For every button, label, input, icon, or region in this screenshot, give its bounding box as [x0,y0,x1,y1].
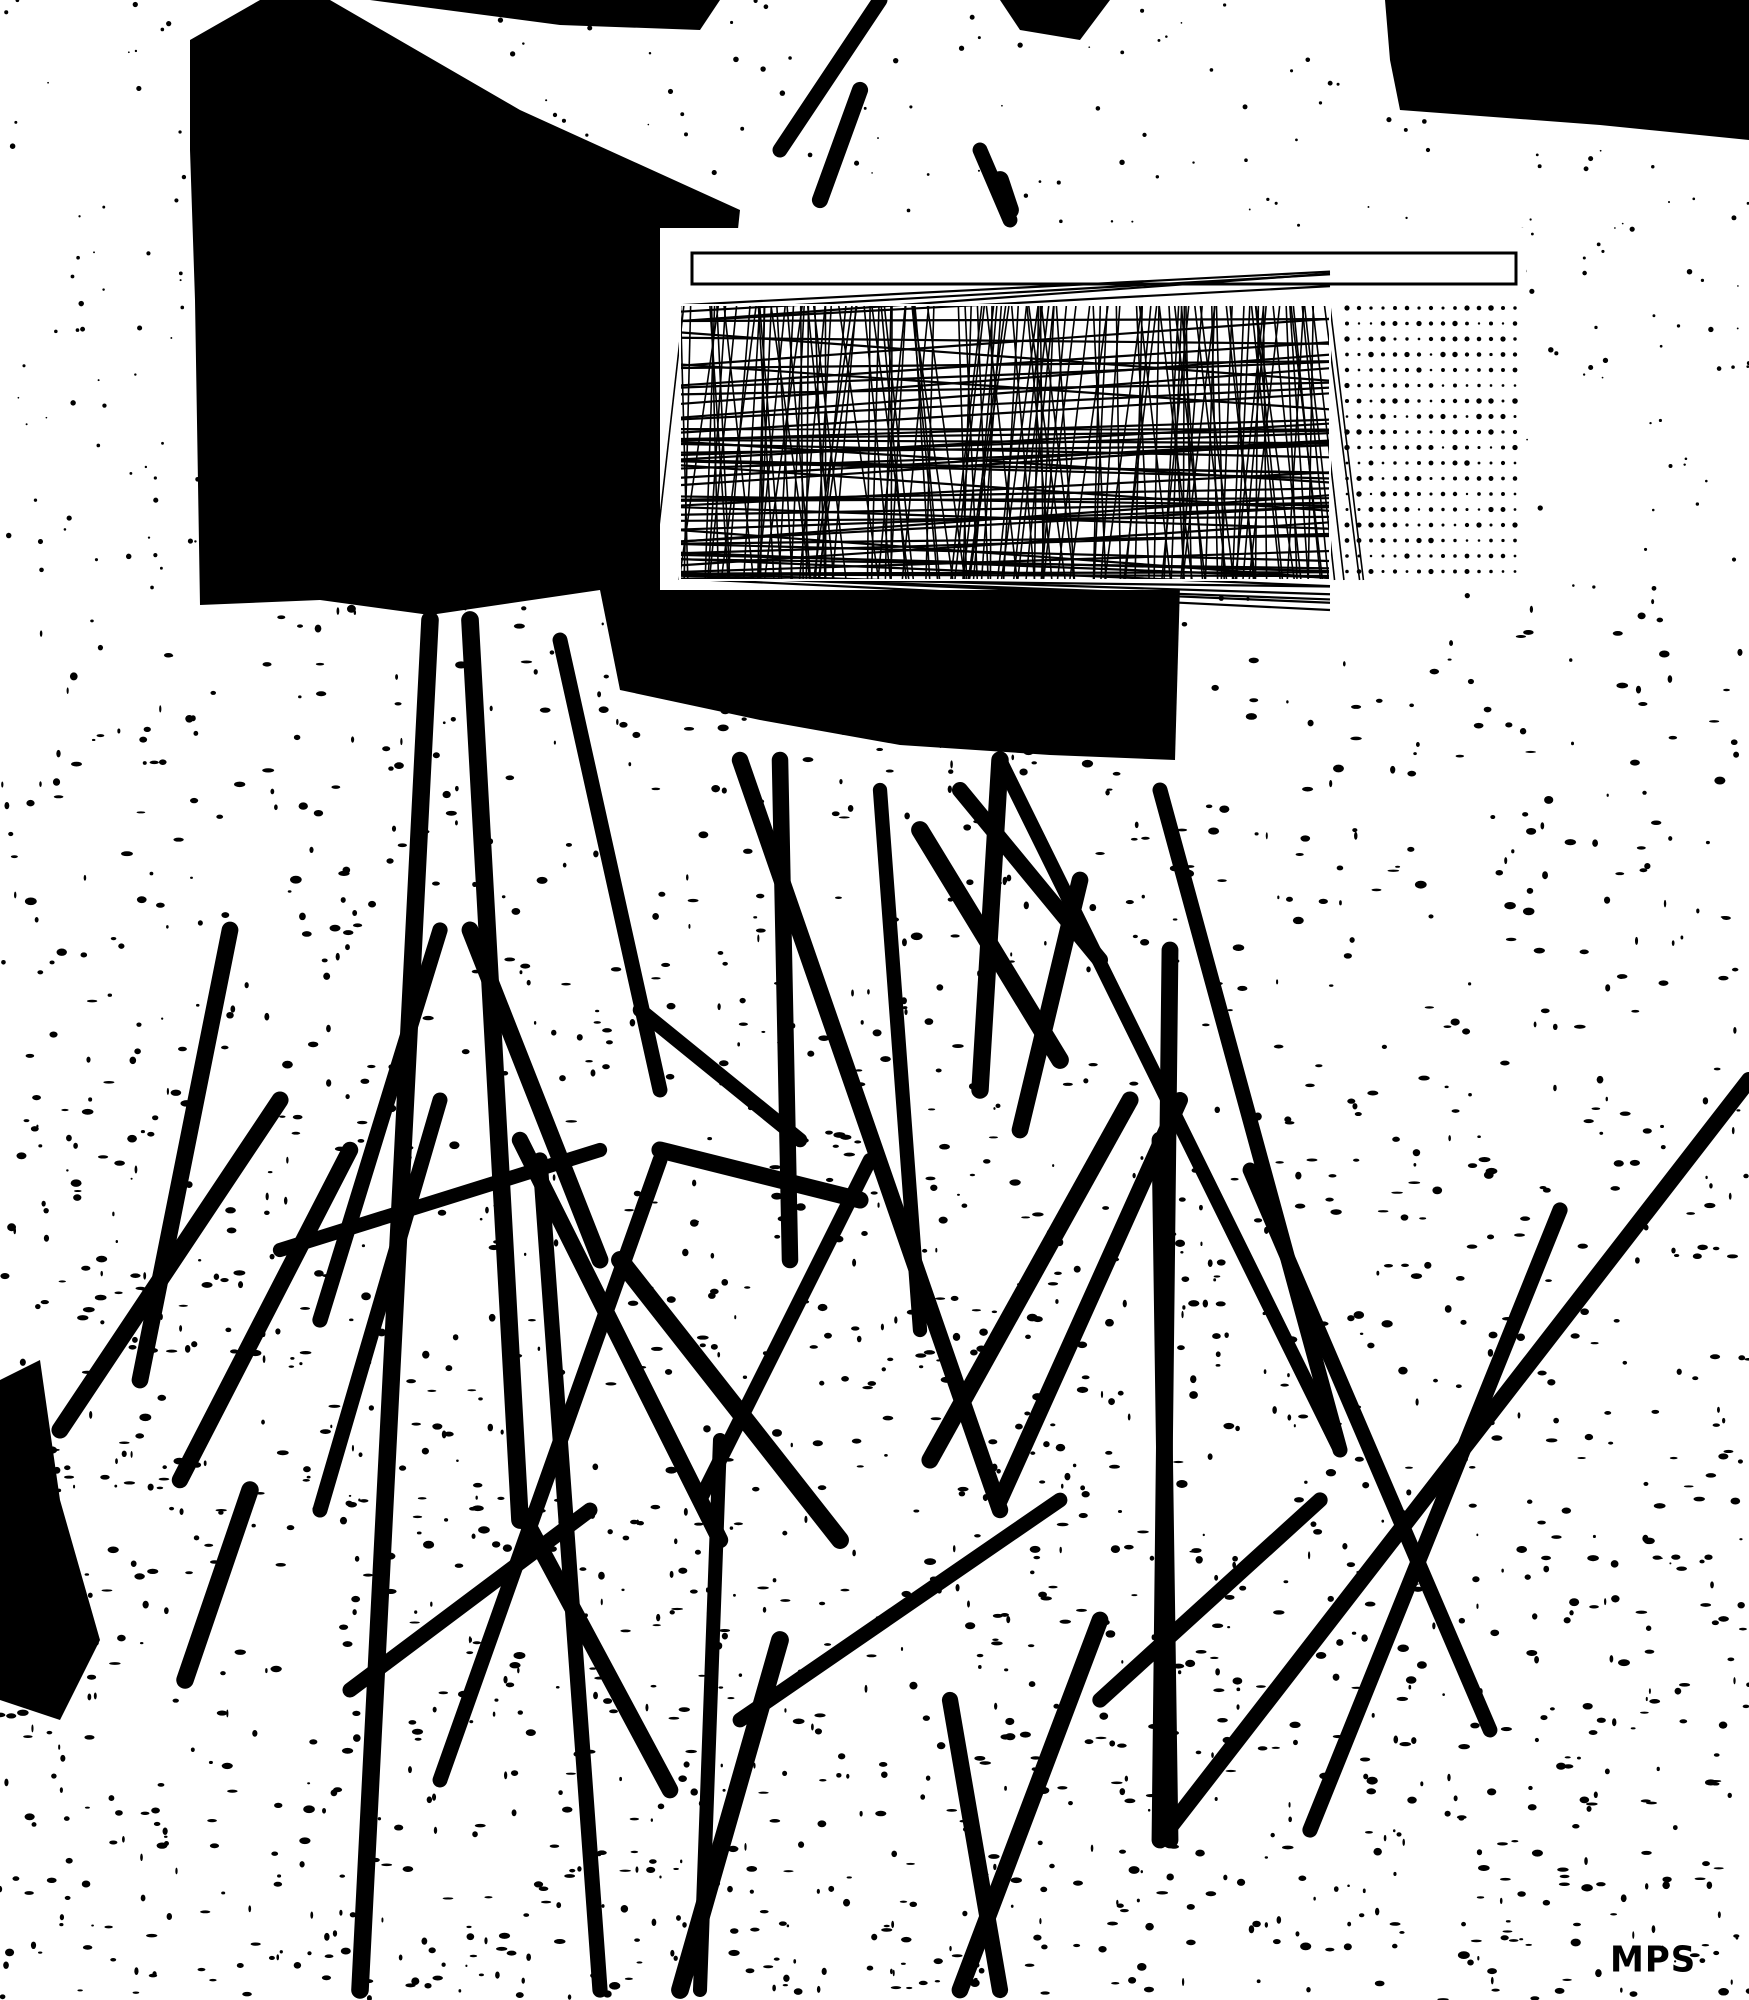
artwork-canvas [0,0,1749,2000]
artist-signature: MPS [1610,1939,1696,1981]
framed-panel [653,228,1526,610]
panel-bar [692,253,1516,284]
